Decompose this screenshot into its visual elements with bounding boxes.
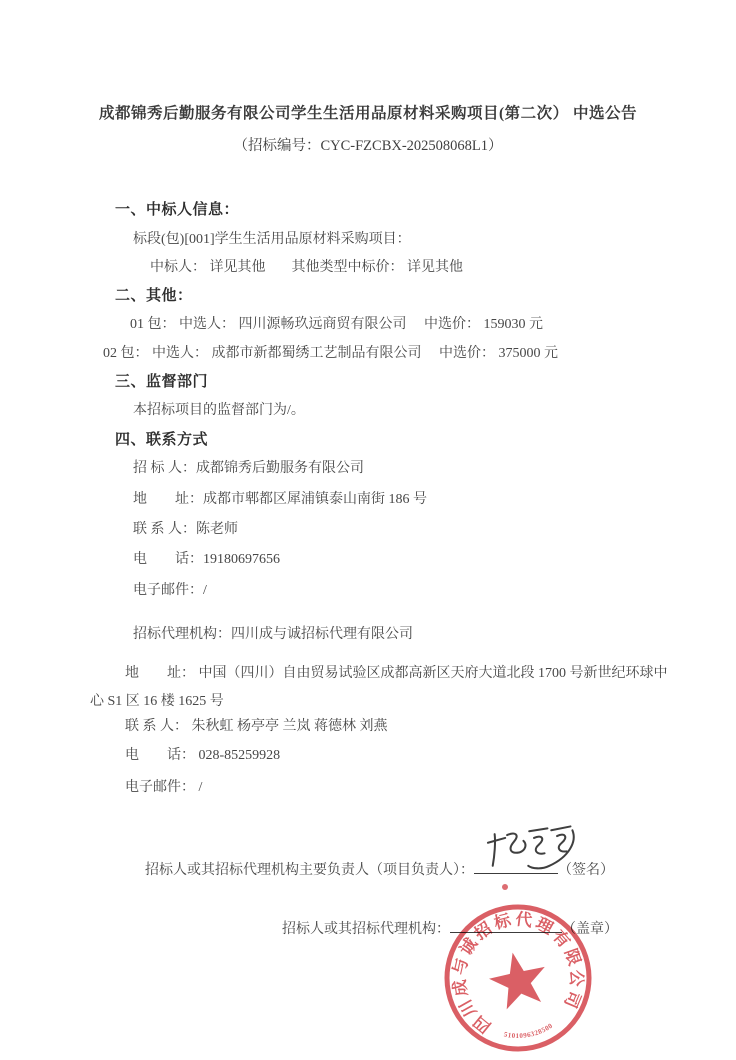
announcement-page: 成都锦秀后勤服务有限公司学生生活用品原材料采购项目(第二次） 中选公告 （招标编… xyxy=(0,0,736,1060)
supervision-line: 本招标项目的监督部门为/。 xyxy=(133,401,305,421)
agency-email-row: 电子邮件： / xyxy=(125,778,202,798)
tenderer-address-value: 成都市郫都区犀浦镇泰山南街 186 号 xyxy=(203,492,427,507)
agency-address-row: 地 址： 中国（四川）自由贸易试验区成都高新区天府大道北段 1700 号新世纪环… xyxy=(90,660,675,716)
tender-number: （招标编号：CYC-FZCBX-202508068L1） xyxy=(0,136,736,156)
agency-address-label: 地 址： xyxy=(125,666,195,681)
package2-line: 02 包： 中选人： 成都市新都蜀绣工艺制品有限公司 中选价： 375000 元 xyxy=(103,344,558,364)
handwritten-signature xyxy=(486,822,582,876)
lot-line: 标段(包)[001]学生生活用品原材料采购项目： xyxy=(133,230,411,250)
company-seal-stamp: 四川成与诚招标代理有限公司 5101096328500 xyxy=(438,898,598,1058)
agency-email-value: / xyxy=(195,780,202,795)
winner-line: 中标人： 详见其他其他类型中标价： 详见其他 xyxy=(150,258,463,278)
agency-contact-row: 联 系 人： 朱秋虹 杨亭亭 兰岚 蒋德林 刘燕 xyxy=(125,717,388,737)
tenderer-phone-value: 19180697656 xyxy=(203,552,280,567)
section1-heading: 一、中标人信息： xyxy=(115,200,239,220)
tenderer-name-row: 招 标 人：成都锦秀后勤服务有限公司 xyxy=(133,459,364,479)
tenderer-email-value: / xyxy=(203,583,207,598)
tenderer-contact-row: 联 系 人：陈老师 xyxy=(133,520,238,540)
tenderer-address-row: 地 址：成都市郫都区犀浦镇泰山南街 186 号 xyxy=(133,490,427,510)
agency-phone-value: 028-85259928 xyxy=(195,748,280,763)
agency-name-value: 四川成与诚招标代理有限公司 xyxy=(231,627,413,642)
org-line-label: 招标人或其招标代理机构： xyxy=(282,922,450,937)
seal-ink-dot xyxy=(502,884,508,890)
agency-phone-label: 电 话： xyxy=(125,748,195,763)
tenderer-contact-value: 陈老师 xyxy=(196,522,238,537)
page-title: 成都锦秀后勤服务有限公司学生生活用品原材料采购项目(第二次） 中选公告 xyxy=(0,104,736,124)
tenderer-email-row: 电子邮件：/ xyxy=(133,581,207,601)
agency-contact-label: 联 系 人： xyxy=(125,719,188,734)
section2-heading: 二、其他： xyxy=(115,286,193,306)
section4-heading: 四、联系方式 xyxy=(115,430,208,450)
agency-name-row: 招标代理机构：四川成与诚招标代理有限公司 xyxy=(133,625,413,645)
section3-heading: 三、监督部门 xyxy=(115,372,208,392)
tenderer-email-label: 电子邮件： xyxy=(133,583,203,598)
other-price-value: 其他类型中标价： 详见其他 xyxy=(292,260,464,275)
principal-line-label: 招标人或其招标代理机构主要负责人（项目负责人）： xyxy=(145,863,474,878)
tenderer-name-label: 招 标 人： xyxy=(133,461,196,476)
agency-contact-value: 朱秋虹 杨亭亭 兰岚 蒋德林 刘燕 xyxy=(188,719,388,734)
agency-name-label: 招标代理机构： xyxy=(133,627,231,642)
winner-value: 中标人： 详见其他 xyxy=(150,260,266,275)
tenderer-name-value: 成都锦秀后勤服务有限公司 xyxy=(196,461,364,476)
tenderer-phone-row: 电 话：19180697656 xyxy=(133,550,280,570)
tenderer-address-label: 地 址： xyxy=(133,492,203,507)
package1-line: 01 包： 中选人： 四川源畅玖远商贸有限公司 中选价： 159030 元 xyxy=(130,315,543,335)
seal-star-icon xyxy=(485,947,552,1012)
agency-phone-row: 电 话： 028-85259928 xyxy=(125,746,280,766)
tenderer-contact-label: 联 系 人： xyxy=(133,522,196,537)
agency-email-label: 电子邮件： xyxy=(125,780,195,795)
tenderer-phone-label: 电 话： xyxy=(133,552,203,567)
